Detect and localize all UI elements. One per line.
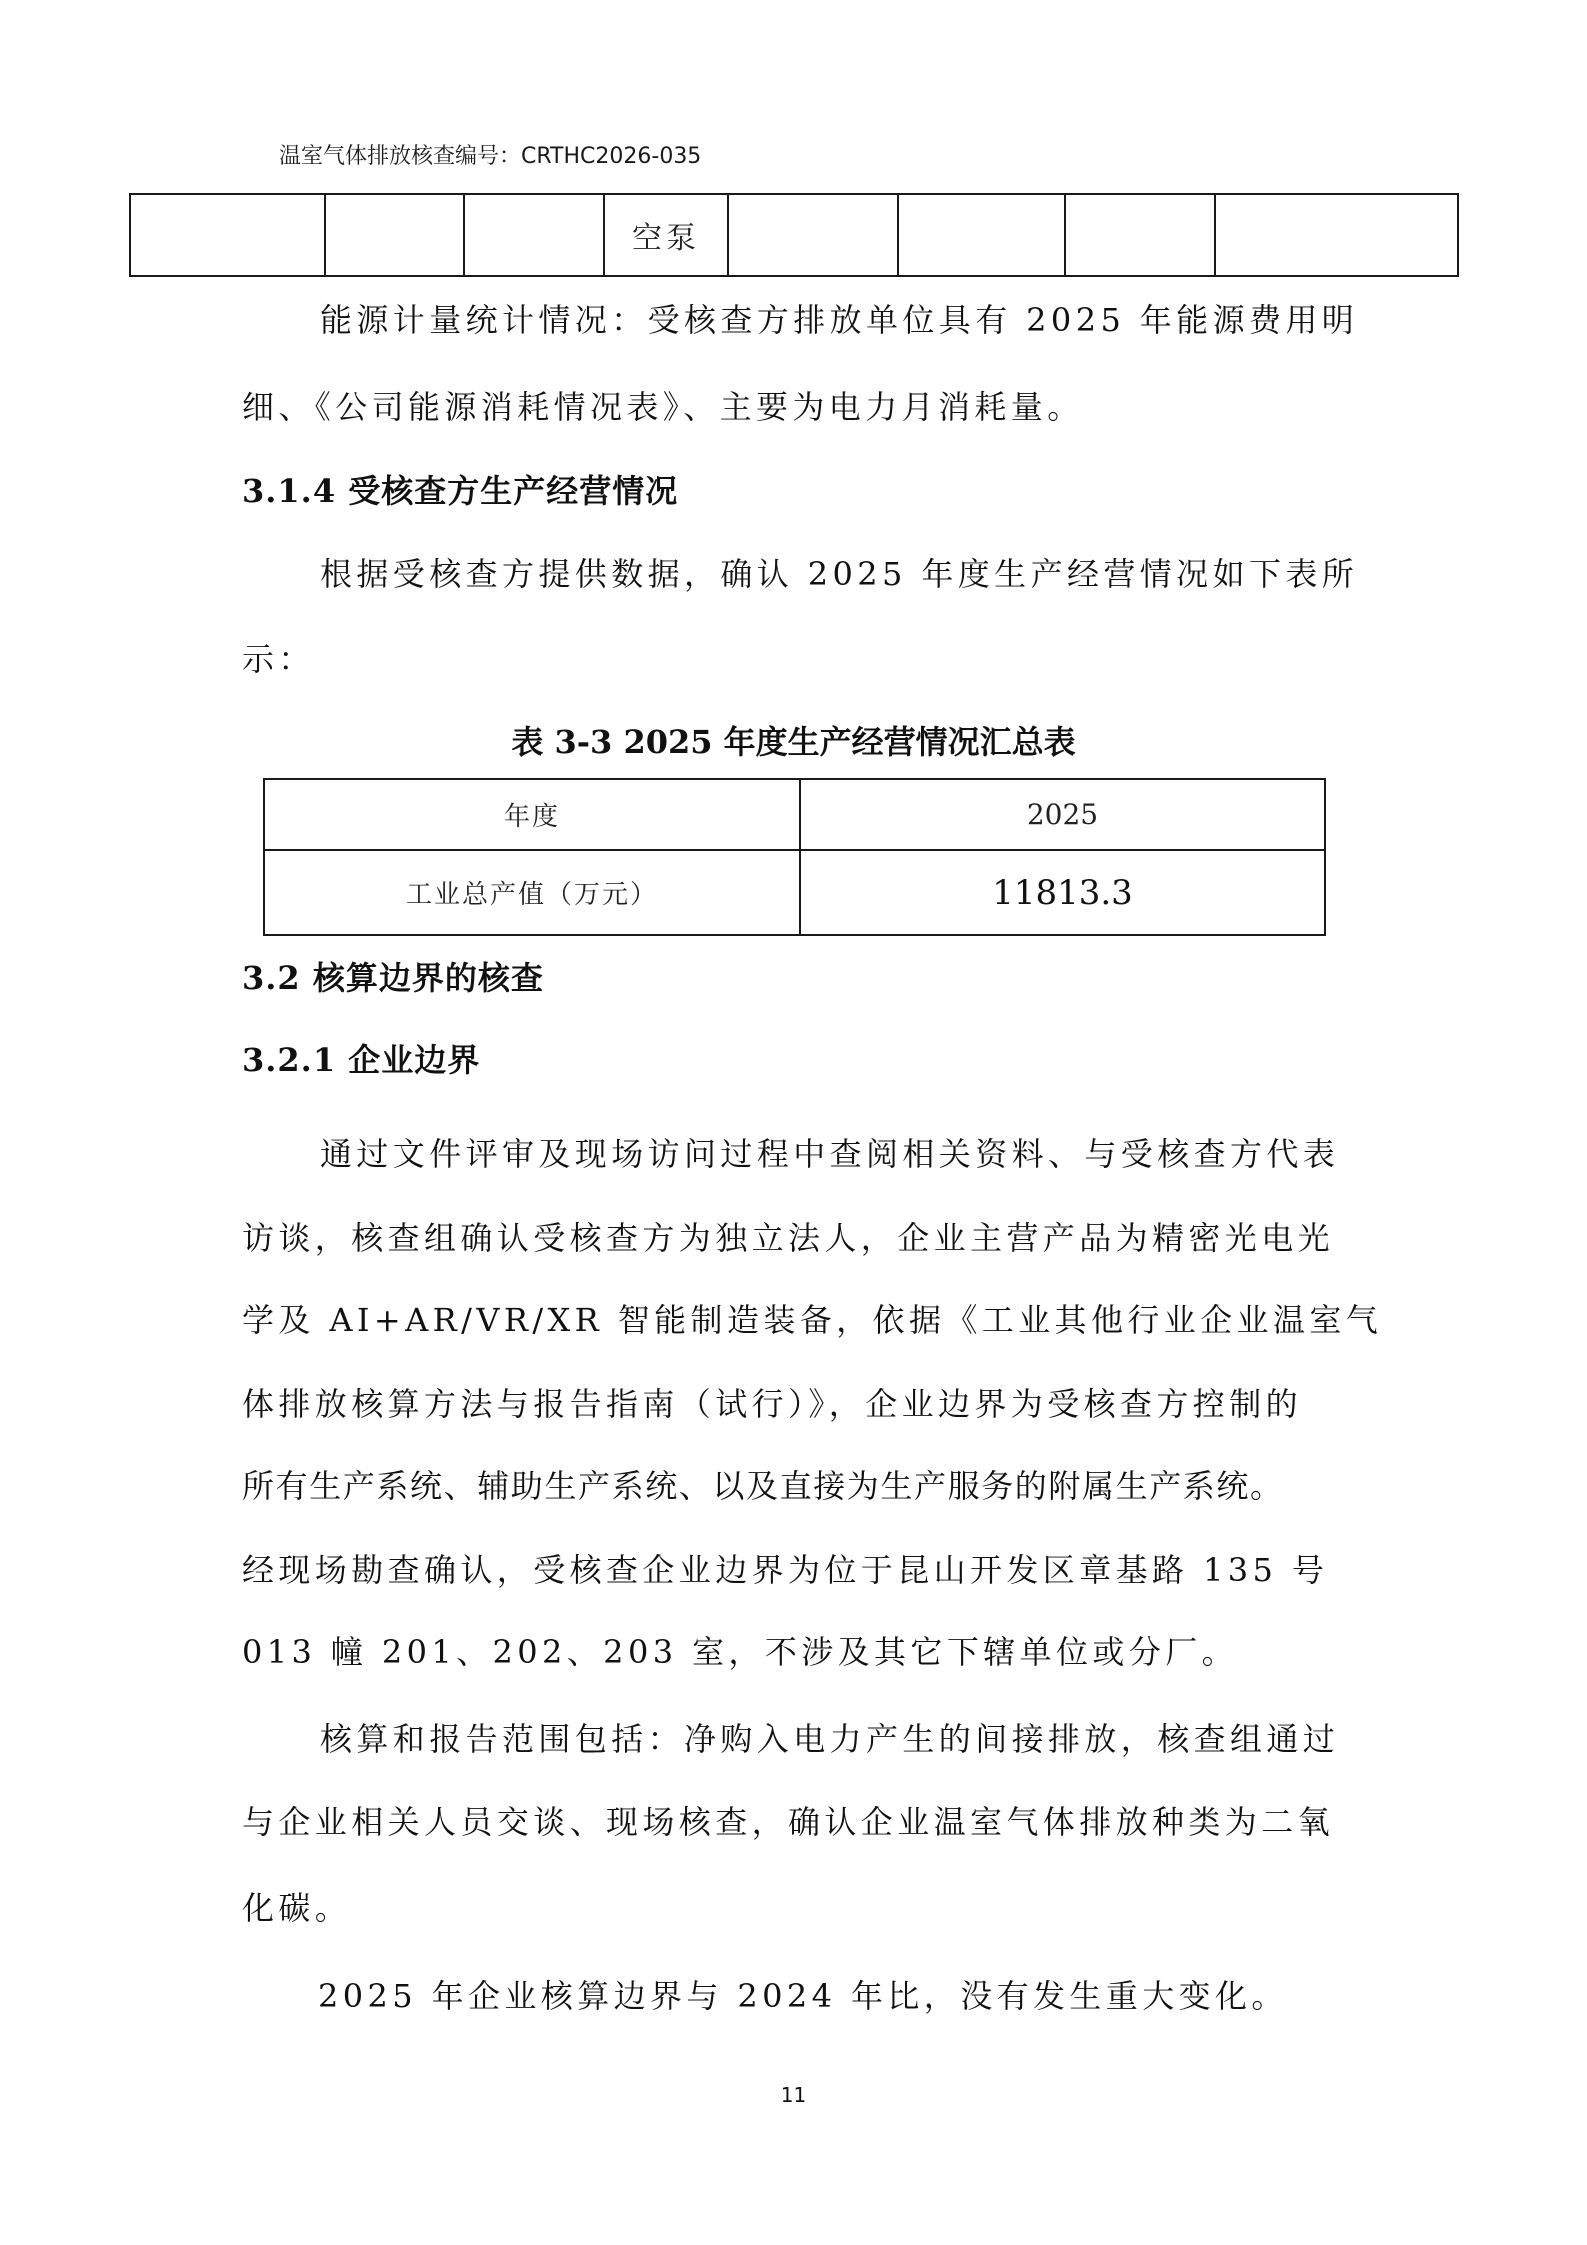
table-cell <box>1215 194 1458 276</box>
heading-3-2: 3.2 核算边界的核查 <box>242 958 544 998</box>
document-header-id: 温室气体排放核查编号：CRTHC2026-035 <box>279 139 701 170</box>
paragraph-change-line-1: 2025 年企业核算边界与 2024 年比，没有发生重大变化。 <box>318 1976 1288 2016</box>
table-cell-value: 2025 <box>800 779 1325 850</box>
paragraph-boundary-line-1: 通过文件评审及现场访问过程中查阅相关资料、与受核查方代表 <box>320 1134 1339 1174</box>
table-cell <box>130 194 325 276</box>
table-cell <box>728 194 898 276</box>
table-cell-value: 11813.3 <box>800 850 1325 935</box>
production-summary-table: 年度 2025 工业总产值（万元） 11813.3 <box>263 778 1326 936</box>
continued-equipment-table: 空泵 <box>129 193 1459 277</box>
page-number: 11 <box>0 2083 1587 2107</box>
paragraph-production-line-2: 示： <box>242 639 315 679</box>
table-cell-label: 工业总产值（万元） <box>264 850 800 935</box>
paragraph-scope-line-3: 化碳。 <box>242 1888 351 1928</box>
table-cell <box>898 194 1065 276</box>
paragraph-boundary-line-4: 体排放核算方法与报告指南（试行）》，企业边界为受核查方控制的 <box>242 1384 1302 1424</box>
table-cell <box>325 194 464 276</box>
paragraph-energy-line-1: 能源计量统计情况：受核查方排放单位具有 2025 年能源费用明 <box>320 300 1358 340</box>
heading-3-2-1: 3.2.1 企业边界 <box>242 1040 480 1080</box>
table-cell-label: 年度 <box>264 779 800 850</box>
table-cell-equipment-name: 空泵 <box>604 194 728 276</box>
paragraph-boundary-line-5: 所有生产系统、辅助生产系统、以及直接为生产服务的附属生产系统。 <box>242 1466 1284 1506</box>
paragraph-boundary-line-3: 学及 AI+AR/VR/XR 智能制造装备，依据《工业其他行业企业温室气 <box>242 1300 1382 1340</box>
paragraph-boundary-line-7: 013 幢 201、202、203 室，不涉及其它下辖单位或分厂。 <box>242 1632 1238 1672</box>
paragraph-boundary-line-2: 访谈，核查组确认受核查方为独立法人，企业主营产品为精密光电光 <box>242 1218 1334 1258</box>
table-cell <box>1065 194 1215 276</box>
paragraph-energy-line-2: 细、《公司能源消耗情况表》、主要为电力月消耗量。 <box>242 387 1084 427</box>
heading-3-1-4: 3.1.4 受核查方生产经营情况 <box>242 471 678 511</box>
paragraph-scope-line-1: 核算和报告范围包括：净购入电力产生的间接排放，核查组通过 <box>320 1719 1339 1759</box>
table-row: 工业总产值（万元） 11813.3 <box>264 850 1325 935</box>
paragraph-production-line-1: 根据受核查方提供数据，确认 2025 年度生产经营情况如下表所 <box>320 554 1358 594</box>
paragraph-scope-line-2: 与企业相关人员交谈、现场核查，确认企业温室气体排放种类为二氧 <box>242 1802 1334 1842</box>
table-row: 年度 2025 <box>264 779 1325 850</box>
table-3-3-caption: 表 3-3 2025 年度生产经营情况汇总表 <box>0 722 1587 762</box>
table-row: 空泵 <box>130 194 1458 276</box>
table-cell <box>464 194 604 276</box>
paragraph-boundary-line-6: 经现场勘查确认，受核查企业边界为位于昆山开发区章基路 135 号 <box>242 1550 1328 1590</box>
